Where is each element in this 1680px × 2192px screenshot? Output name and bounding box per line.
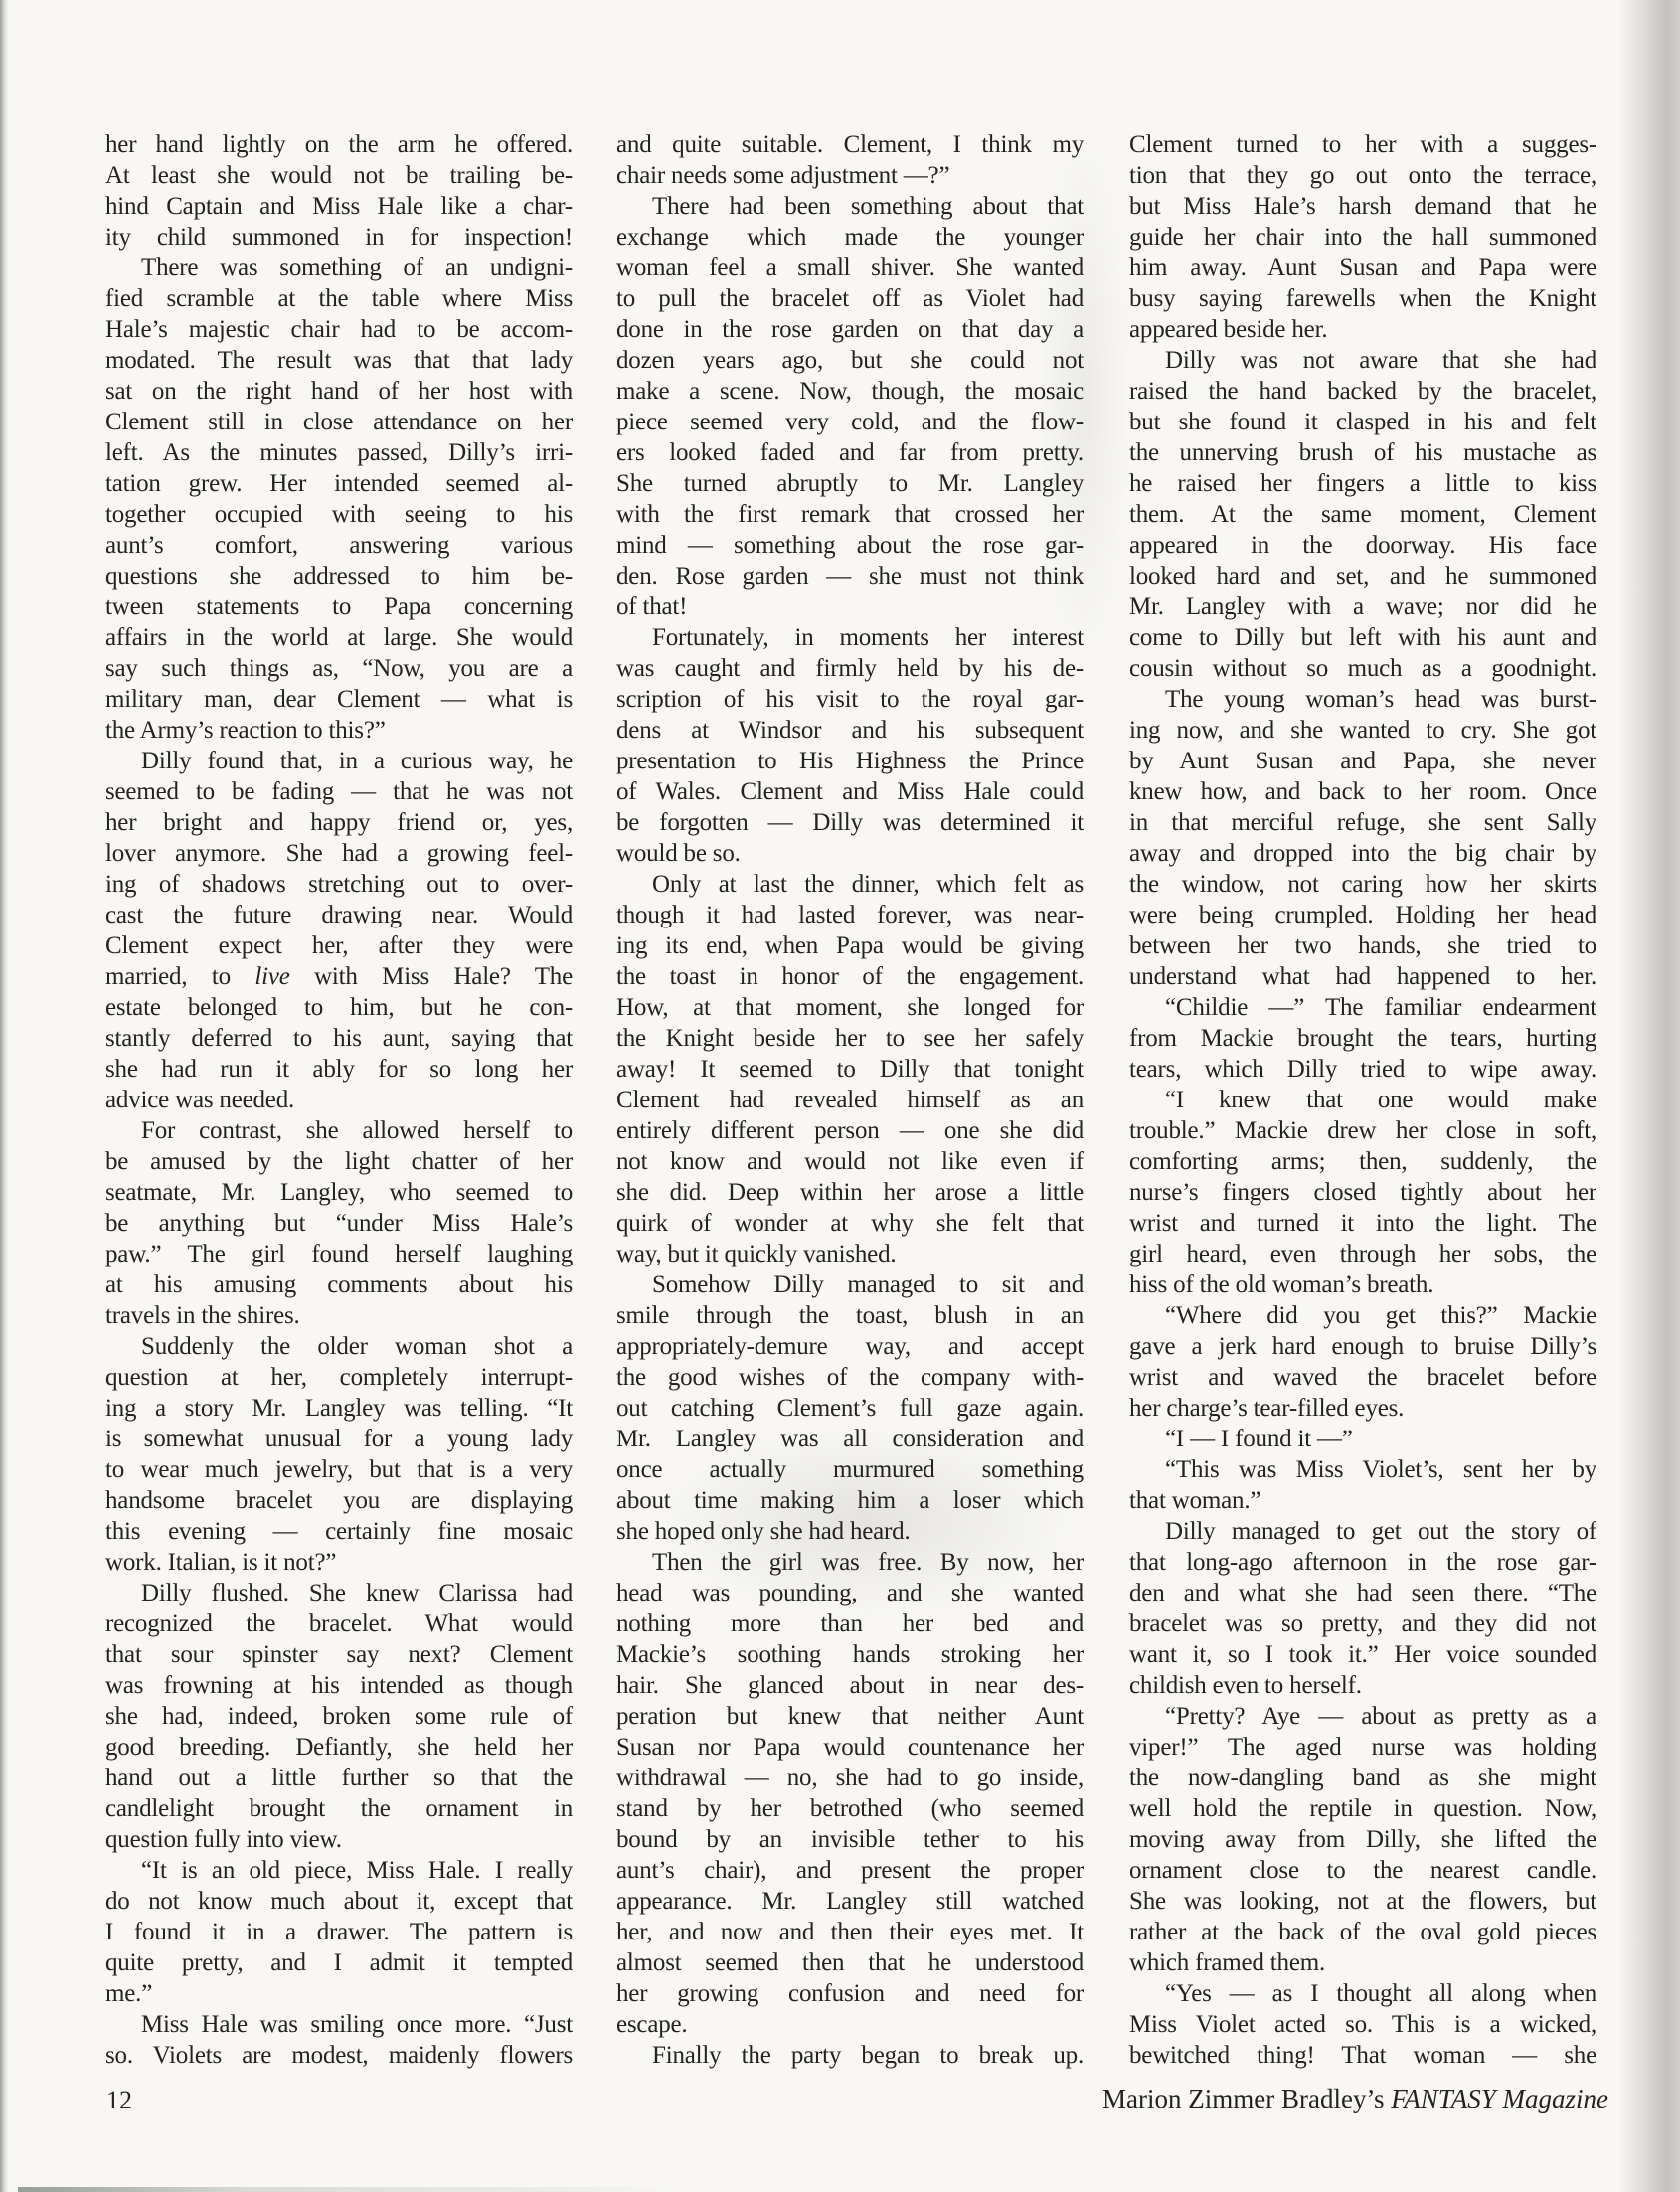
text-line: chair needs some adjustment —?” — [616, 160, 1084, 191]
text-line: gave a jerk hard enough to bruise Dilly’… — [1129, 1331, 1596, 1362]
text-line: appeared in the doorway. His face — [1129, 530, 1596, 561]
text-line: Suddenly the older woman shot a — [105, 1331, 573, 1362]
text-line: den and what she had seen there. “The — [1129, 1578, 1596, 1608]
text-line: looked hard and set, and he summoned — [1129, 561, 1596, 591]
text-line: woman feel a small shiver. She wanted — [616, 253, 1084, 283]
text-line: done in the rose garden on that day a — [616, 314, 1084, 345]
text-line: married, to live with Miss Hale? The — [105, 961, 573, 992]
text-line: but she found it clasped in his and felt — [1129, 407, 1596, 437]
text-line: Dilly managed to get out the story of — [1129, 1516, 1596, 1547]
text-line: Finally the party began to break up. — [616, 2040, 1084, 2071]
text-line: ing its end, when Papa would be giving — [616, 930, 1084, 961]
text-line: come to Dilly but left with his aunt and — [1129, 622, 1596, 653]
text-line: would be so. — [616, 838, 1084, 869]
text-line: withdrawal — no, she had to go inside, — [616, 1763, 1084, 1793]
text-line: her hand lightly on the arm he offered. — [105, 129, 573, 160]
text-line: she had, indeed, broken some rule of — [105, 1701, 573, 1732]
text-line: Only at last the dinner, which felt as — [616, 869, 1084, 900]
text-line: say such things as, “Now, you are a — [105, 653, 573, 684]
text-line: her, and now and then their eyes met. It — [616, 1917, 1084, 1947]
text-line: was caught and firmly held by his de- — [616, 653, 1084, 684]
text-line: that sour spinster say next? Clement — [105, 1639, 573, 1670]
text-line: tation grew. Her intended seemed al- — [105, 468, 573, 499]
scan-edge-left — [0, 0, 9, 2192]
text-line: Miss Violet acted so. This is a wicked, — [1129, 2009, 1596, 2040]
text-line: girl heard, even through her sobs, the — [1129, 1239, 1596, 1269]
text-line: den. Rose garden — she must not think — [616, 561, 1084, 591]
text-line: question at her, completely interrupt- — [105, 1362, 573, 1393]
text-line: bracelet was so pretty, and they did not — [1129, 1608, 1596, 1639]
text-line: the window, not caring how her skirts — [1129, 869, 1596, 900]
text-line: Mr. Langley was all consideration and — [616, 1424, 1084, 1454]
text-line: bound by an invisible tether to his — [616, 1824, 1084, 1855]
text-line: candlelight brought the ornament in — [105, 1793, 573, 1824]
text-line: “Where did you get this?” Mackie — [1129, 1300, 1596, 1331]
text-line: that long-ago afternoon in the rose gar- — [1129, 1547, 1596, 1578]
text-column-middle: and quite suitable. Clement, I think myc… — [616, 129, 1084, 2071]
text-line: the now-dangling band as she might — [1129, 1763, 1596, 1793]
text-line: appearance. Mr. Langley still watched — [616, 1886, 1084, 1917]
text-line: head was pounding, and she wanted — [616, 1578, 1084, 1608]
text-line: of that! — [616, 591, 1084, 622]
text-line: between her two hands, she tried to — [1129, 930, 1596, 961]
text-line: ers looked faded and far from pretty. — [616, 437, 1084, 468]
text-line: Then the girl was free. By now, her — [616, 1547, 1084, 1578]
text-line: Hale’s majestic chair had to be accom- — [105, 314, 573, 345]
text-line: Dilly flushed. She knew Clarissa had — [105, 1578, 573, 1608]
text-line: nurse’s fingers closed tightly about her — [1129, 1177, 1596, 1208]
footer-title-plain: Marion Zimmer Bradley’s — [1102, 2084, 1391, 2113]
text-line: hand out a little further so that the — [105, 1763, 573, 1793]
text-line: of Wales. Clement and Miss Hale could — [616, 776, 1084, 807]
text-line: Clement turned to her with a sugges- — [1129, 129, 1596, 160]
text-line: The young woman’s head was burst- — [1129, 684, 1596, 715]
text-line: cousin without so much as a goodnight. — [1129, 653, 1596, 684]
text-line: tween statements to Papa concerning — [105, 591, 573, 622]
text-line: be amused by the light chatter of her — [105, 1146, 573, 1177]
text-line: though it had lasted forever, was near- — [616, 900, 1084, 930]
text-line: There had been something about that — [616, 191, 1084, 222]
text-line: nothing more than her bed and — [616, 1608, 1084, 1639]
text-line: dens at Windsor and his subsequent — [616, 715, 1084, 746]
text-line: paw.” The girl found herself laughing — [105, 1239, 573, 1269]
text-line: tears, which Dilly tried to wipe away. — [1129, 1054, 1596, 1085]
text-line: way, but it quickly vanished. — [616, 1239, 1084, 1269]
text-line: knew how, and back to her room. Once — [1129, 776, 1596, 807]
text-line: Dilly was not aware that she had — [1129, 345, 1596, 376]
text-line: At least she would not be trailing be- — [105, 160, 573, 191]
text-line: travels in the shires. — [105, 1300, 573, 1331]
text-line: comforting arms; then, suddenly, the — [1129, 1146, 1596, 1177]
text-line: sat on the right hand of her host with — [105, 376, 573, 407]
text-line: rather at the back of the oval gold piec… — [1129, 1917, 1596, 1947]
text-line: scription of his visit to the royal gar- — [616, 684, 1084, 715]
text-line: I found it in a drawer. The pattern is — [105, 1917, 573, 1947]
text-line: well hold the reptile in question. Now, — [1129, 1793, 1596, 1824]
text-line: together occupied with seeing to his — [105, 499, 573, 530]
text-line: ing now, and she wanted to cry. She got — [1129, 715, 1596, 746]
text-line: fied scramble at the table where Miss — [105, 283, 573, 314]
scan-shadow-right — [1618, 0, 1680, 2192]
magazine-page-scan: her hand lightly on the arm he offered.A… — [0, 0, 1680, 2192]
text-line: to pull the bracelet off as Violet had — [616, 283, 1084, 314]
text-line: presentation to His Highness the Prince — [616, 746, 1084, 776]
text-line: the Knight beside her to see her safely — [616, 1023, 1084, 1054]
text-line: Miss Hale was smiling once more. “Just — [105, 2009, 573, 2040]
text-line: For contrast, she allowed herself to — [105, 1115, 573, 1146]
text-line: exchange which made the younger — [616, 222, 1084, 253]
text-line: her bright and happy friend or, yes, — [105, 807, 573, 838]
text-line: How, at that moment, she longed for — [616, 992, 1084, 1023]
text-line: away and dropped into the big chair by — [1129, 838, 1596, 869]
text-line: hair. She glanced about in near des- — [616, 1670, 1084, 1701]
text-line: trouble.” Mackie drew her close in soft, — [1129, 1115, 1596, 1146]
text-line: is somewhat unusual for a young lady — [105, 1424, 573, 1454]
text-line: Mackie’s soothing hands stroking her — [616, 1639, 1084, 1670]
text-line: ornament close to the nearest candle. — [1129, 1855, 1596, 1886]
text-line: hiss of the old woman’s breath. — [1129, 1269, 1596, 1300]
text-line: hind Captain and Miss Hale like a char- — [105, 191, 573, 222]
text-line: seatmate, Mr. Langley, who seemed to — [105, 1177, 573, 1208]
text-line: and quite suitable. Clement, I think my — [616, 129, 1084, 160]
text-line: appeared beside her. — [1129, 314, 1596, 345]
text-line: guide her chair into the hall summoned — [1129, 222, 1596, 253]
footer-magazine-title: Marion Zimmer Bradley’s FANTASY Magazine — [1102, 2082, 1608, 2115]
text-line: questions she addressed to him be- — [105, 561, 573, 591]
text-line: escape. — [616, 2009, 1084, 2040]
text-line: “Pretty? Aye — about as pretty as a — [1129, 1701, 1596, 1732]
text-line: him away. Aunt Susan and Papa were — [1129, 253, 1596, 283]
text-line: Clement still in close attendance on her — [105, 407, 573, 437]
text-line: peration but knew that neither Aunt — [616, 1701, 1084, 1732]
text-line: work. Italian, is it not?” — [105, 1547, 573, 1578]
text-line: “This was Miss Violet’s, sent her by — [1129, 1454, 1596, 1485]
text-line: them. At the same moment, Clement — [1129, 499, 1596, 530]
text-line: do not know much about it, except that — [105, 1886, 573, 1917]
text-line: ing of shadows stretching out to over- — [105, 869, 573, 900]
text-line: advice was needed. — [105, 1085, 573, 1115]
text-line: moving away from Dilly, she lifted the — [1129, 1824, 1596, 1855]
text-line: ing a story Mr. Langley was telling. “It — [105, 1393, 573, 1424]
text-line: “I — I found it —” — [1129, 1424, 1596, 1454]
text-line: entirely different person — one she did — [616, 1115, 1084, 1146]
text-line: cast the future drawing near. Would — [105, 900, 573, 930]
page-number: 12 — [106, 2084, 132, 2117]
text-line: wrist and waved the bracelet before — [1129, 1362, 1596, 1393]
text-line: recognized the bracelet. What would — [105, 1608, 573, 1639]
text-line: She turned abruptly to Mr. Langley — [616, 468, 1084, 499]
scan-edge-bottom — [18, 2187, 674, 2192]
text-line: in that merciful refuge, she sent Sally — [1129, 807, 1596, 838]
text-line: good breeding. Defiantly, she held her — [105, 1732, 573, 1763]
text-line: almost seemed then that he understood — [616, 1947, 1084, 1978]
text-line: piece seemed very cold, and the flow- — [616, 407, 1084, 437]
text-line: the unnerving brush of his mustache as — [1129, 437, 1596, 468]
text-line: stand by her betrothed (who seemed — [616, 1793, 1084, 1824]
text-line: stantly deferred to his aunt, saying tha… — [105, 1023, 573, 1054]
text-line: this evening — certainly fine mosaic — [105, 1516, 573, 1547]
text-line: estate belonged to him, but he con- — [105, 992, 573, 1023]
text-line: about time making him a loser which — [616, 1485, 1084, 1516]
text-line: the Army’s reaction to this?” — [105, 715, 573, 746]
text-line: her growing confusion and need for — [616, 1978, 1084, 2009]
text-line: she did. Deep within her arose a little — [616, 1177, 1084, 1208]
text-line: “Childie —” The familiar endearment — [1129, 992, 1596, 1023]
text-line: raised the hand backed by the bracelet, — [1129, 376, 1596, 407]
text-line: childish even to herself. — [1129, 1670, 1596, 1701]
text-line: She was looking, not at the flowers, but — [1129, 1886, 1596, 1917]
text-line: dozen years ago, but she could not — [616, 345, 1084, 376]
text-line: she had run it ably for so long her — [105, 1054, 573, 1085]
text-column-right: Clement turned to her with a sugges-tion… — [1129, 129, 1596, 2071]
text-line: away! It seemed to Dilly that tonight — [616, 1054, 1084, 1085]
text-line: me.” — [105, 1978, 573, 2009]
text-line: mind — something about the rose gar- — [616, 530, 1084, 561]
text-line: “It is an old piece, Miss Hale. I really — [105, 1855, 573, 1886]
text-line: once actually murmured something — [616, 1454, 1084, 1485]
text-line: he raised her fingers a little to kiss — [1129, 468, 1596, 499]
text-line: want it, so I took it.” Her voice sounde… — [1129, 1639, 1596, 1670]
text-line: to wear much jewelry, but that is a very — [105, 1454, 573, 1485]
text-line: at his amusing comments about his — [105, 1269, 573, 1300]
text-line: There was something of an undigni- — [105, 253, 573, 283]
text-line: handsome bracelet you are displaying — [105, 1485, 573, 1516]
text-line: understand what had happened to her. — [1129, 961, 1596, 992]
text-line: with the first remark that crossed her — [616, 499, 1084, 530]
text-column-left: her hand lightly on the arm he offered.A… — [105, 129, 573, 2071]
text-line: smile through the toast, blush in an — [616, 1300, 1084, 1331]
text-line: appropriately-demure way, and accept — [616, 1331, 1084, 1362]
text-line: Clement expect her, after they were — [105, 930, 573, 961]
text-line: that woman.” — [1129, 1485, 1596, 1516]
text-line: the good wishes of the company with- — [616, 1362, 1084, 1393]
text-line: out catching Clement’s full gaze again. — [616, 1393, 1084, 1424]
text-line: military man, dear Clement — what is — [105, 684, 573, 715]
text-line: quirk of wonder at why she felt that — [616, 1208, 1084, 1239]
text-line: ity child summoned in for inspection! — [105, 222, 573, 253]
text-line: seemed to be fading — that he was not — [105, 776, 573, 807]
text-line: were being crumpled. Holding her head — [1129, 900, 1596, 930]
text-line: Dilly found that, in a curious way, he — [105, 746, 573, 776]
text-line: left. As the minutes passed, Dilly’s irr… — [105, 437, 573, 468]
text-line: by Aunt Susan and Papa, she never — [1129, 746, 1596, 776]
text-line: aunt’s comfort, answering various — [105, 530, 573, 561]
text-line: be forgotten — Dilly was determined it — [616, 807, 1084, 838]
text-line: make a scene. Now, though, the mosaic — [616, 376, 1084, 407]
text-line: wrist and turned it into the light. The — [1129, 1208, 1596, 1239]
text-line: Clement had revealed himself as an — [616, 1085, 1084, 1115]
text-line: the toast in honor of the engagement. — [616, 961, 1084, 992]
text-line: busy saying farewells when the Knight — [1129, 283, 1596, 314]
text-line: which framed them. — [1129, 1947, 1596, 1978]
text-line: was frowning at his intended as though — [105, 1670, 573, 1701]
text-line: “I knew that one would make — [1129, 1085, 1596, 1115]
text-line: affairs in the world at large. She would — [105, 622, 573, 653]
text-line: tion that they go out onto the terrace, — [1129, 160, 1596, 191]
text-line: Susan nor Papa would countenance her — [616, 1732, 1084, 1763]
text-line: “Yes — as I thought all along when — [1129, 1978, 1596, 2009]
text-line: modated. The result was that that lady — [105, 345, 573, 376]
text-line: viper!” The aged nurse was holding — [1129, 1732, 1596, 1763]
text-line: so. Violets are modest, maidenly flowers — [105, 2040, 573, 2071]
footer-title-italic: FANTASY Magazine — [1391, 2084, 1608, 2113]
text-line: be anything but “under Miss Hale’s — [105, 1208, 573, 1239]
text-line: her charge’s tear-filled eyes. — [1129, 1393, 1596, 1424]
text-line: she hoped only she had heard. — [616, 1516, 1084, 1547]
text-line: but Miss Hale’s harsh demand that he — [1129, 191, 1596, 222]
text-line: Somehow Dilly managed to sit and — [616, 1269, 1084, 1300]
text-line: Mr. Langley with a wave; nor did he — [1129, 591, 1596, 622]
text-line: from Mackie brought the tears, hurting — [1129, 1023, 1596, 1054]
text-line: bewitched thing! That woman — she — [1129, 2040, 1596, 2071]
text-line: quite pretty, and I admit it tempted — [105, 1947, 573, 1978]
text-line: question fully into view. — [105, 1824, 573, 1855]
text-line: aunt’s chair), and present the proper — [616, 1855, 1084, 1886]
text-line: not know and would not like even if — [616, 1146, 1084, 1177]
text-line: Fortunately, in moments her interest — [616, 622, 1084, 653]
text-line: lover anymore. She had a growing feel- — [105, 838, 573, 869]
